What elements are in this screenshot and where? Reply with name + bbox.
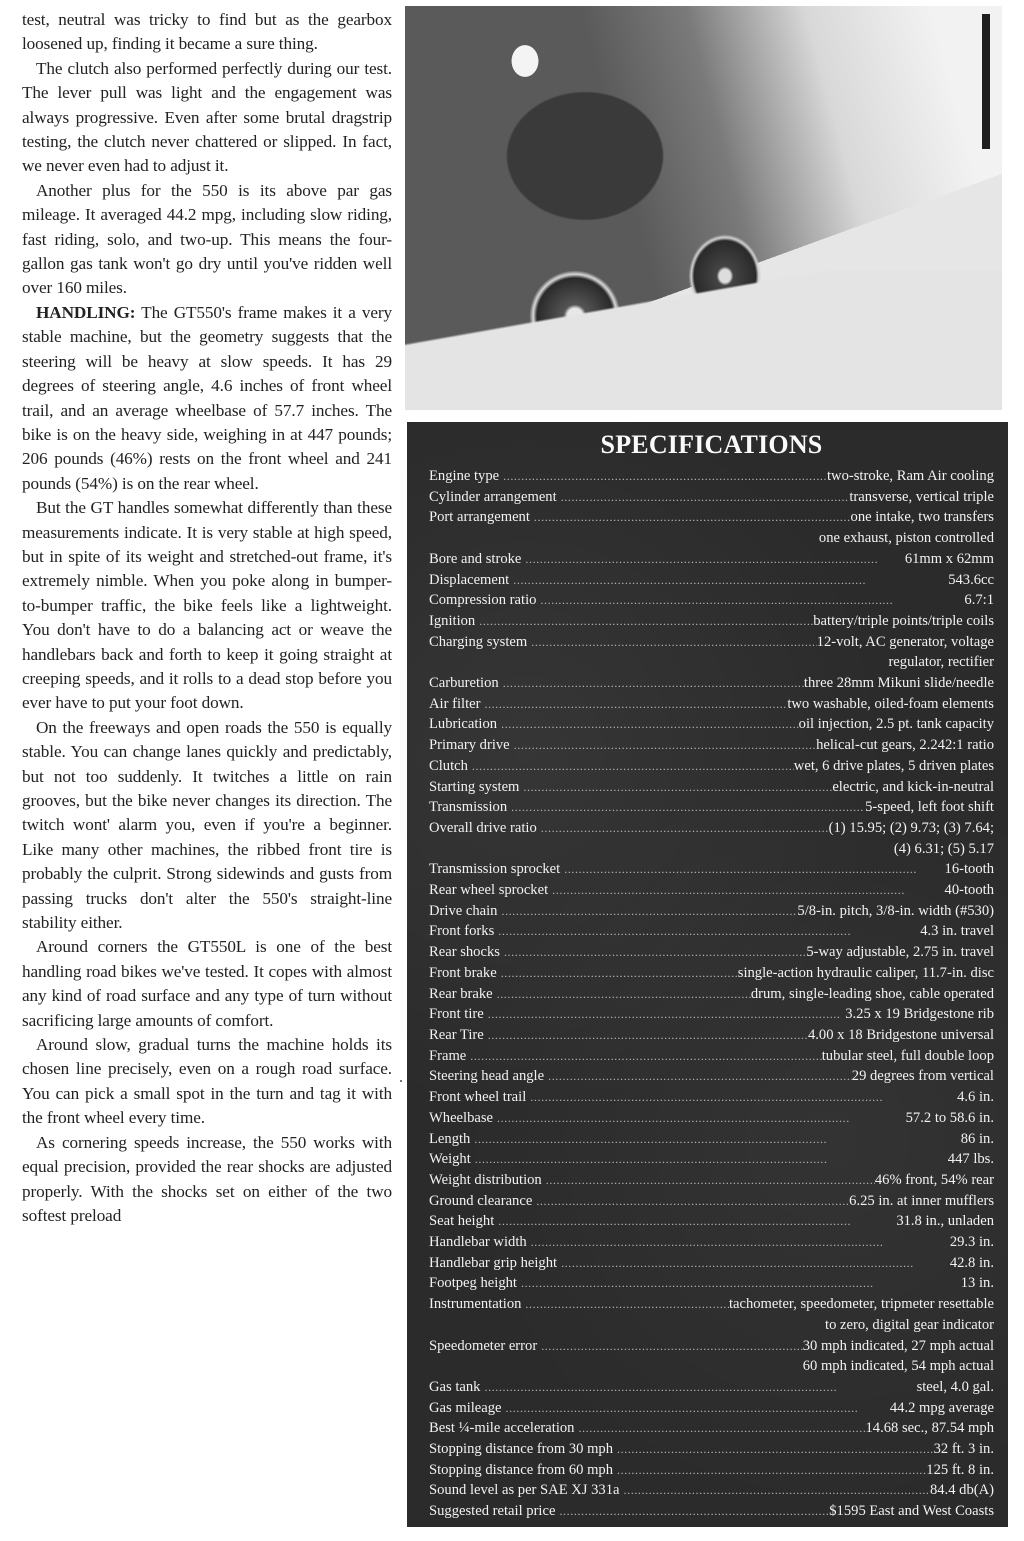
spec-value: steel, 4.0 gal. <box>917 1377 994 1398</box>
spec-label: Wheelbase <box>429 1108 497 1129</box>
spec-row: Ignitionbattery/triple points/triple coi… <box>429 611 994 632</box>
spec-value: transverse, vertical triple <box>849 487 994 508</box>
spec-label: Overall drive ratio <box>429 818 541 839</box>
spec-value: three 28mm Mikuni slide/needle <box>804 673 994 694</box>
dot-leader <box>525 549 904 570</box>
paragraph-text: Another plus for the 550 is its above pa… <box>22 181 392 298</box>
spec-label: Drive chain <box>429 901 501 922</box>
article-paragraph: As cornering speeds increase, the 550 wo… <box>22 1131 392 1229</box>
spec-value: 30 mph indicated, 27 mph actual <box>803 1336 994 1357</box>
dot-leader <box>479 611 813 632</box>
spec-row: Stopping distance from 30 mph32 ft. 3 in… <box>429 1439 994 1460</box>
spec-value: 61mm x 62mm <box>905 549 994 570</box>
spec-row: Air filtertwo washable, oiled-foam eleme… <box>429 694 994 715</box>
spec-label: Engine type <box>429 466 503 487</box>
dot-leader <box>513 570 948 591</box>
spec-label: Transmission <box>429 797 511 818</box>
spec-value: 12-volt, AC generator, voltage <box>817 632 994 653</box>
spec-value: 3.25 x 19 Bridgestone rib <box>845 1004 994 1025</box>
spec-label: Weight <box>429 1149 475 1170</box>
spec-value: 543.6cc <box>948 570 994 591</box>
dot-leader <box>475 1149 948 1170</box>
paragraph-text: The clutch also performed perfectly duri… <box>22 59 392 176</box>
dot-leader <box>488 1025 808 1046</box>
spec-value: 40-tooth <box>945 880 994 901</box>
spec-row: Overall drive ratio(1) 15.95; (2) 9.73; … <box>429 818 994 839</box>
spec-value: $1595 East and West Coasts <box>829 1501 994 1522</box>
dot-leader <box>534 507 851 528</box>
dot-leader <box>530 1087 957 1108</box>
spec-value: tachometer, speedometer, tripmeter reset… <box>729 1294 994 1315</box>
spec-value: 6.25 in. at inner mufflers <box>849 1191 994 1212</box>
dot-leader <box>488 1004 846 1025</box>
spec-row: Rear Tire4.00 x 18 Bridgestone universal <box>429 1025 994 1046</box>
spec-row: Compression ratio6.7:1 <box>429 590 994 611</box>
paragraph-text: But the GT handles somewhat differently … <box>22 498 392 712</box>
spec-label: Handlebar width <box>429 1232 531 1253</box>
spec-label: Rear shocks <box>429 942 504 963</box>
dot-leader <box>511 797 865 818</box>
spec-label: Length <box>429 1129 474 1150</box>
spec-label: Suggested retail price <box>429 1501 559 1522</box>
spec-label: Seat height <box>429 1211 498 1232</box>
paragraph-text: On the freeways and open roads the 550 i… <box>22 718 392 932</box>
spec-label: Front tire <box>429 1004 488 1025</box>
dot-leader <box>497 1108 906 1129</box>
spec-value: 84.4 db(A) <box>930 1480 994 1501</box>
dot-leader <box>536 1191 849 1212</box>
spec-row: Instrumentationtachometer, speedometer, … <box>429 1294 994 1315</box>
spec-row: Engine typetwo-stroke, Ram Air cooling <box>429 466 994 487</box>
dot-leader <box>498 1211 896 1232</box>
dot-leader <box>523 777 832 798</box>
specifications-box: SPECIFICATIONS Engine typetwo-stroke, Ra… <box>407 422 1008 1527</box>
spec-label: Frame <box>429 1046 470 1067</box>
print-speck <box>400 1080 402 1082</box>
spec-value: 32 ft. 3 in. <box>934 1439 994 1460</box>
spec-value: 5/8-in. pitch, 3/8-in. width (#530) <box>797 901 994 922</box>
spec-value: 44.2 mpg average <box>890 1398 994 1419</box>
spec-value-continuation: one exhaust, piston controlled <box>429 528 994 549</box>
spec-row: Cylinder arrangementtransverse, vertical… <box>429 487 994 508</box>
spec-value: single-action hydraulic caliper, 11.7-in… <box>738 963 994 984</box>
dot-leader <box>552 880 944 901</box>
spec-label: Handlebar grip height <box>429 1253 561 1274</box>
spec-value: 57.2 to 58.6 in. <box>906 1108 994 1129</box>
spec-row: Transmission sprocket16-tooth <box>429 859 994 880</box>
spec-label: Front brake <box>429 963 501 984</box>
spec-row: Front brakesingle-action hydraulic calip… <box>429 963 994 984</box>
spec-row: Best ¼-mile acceleration14.68 sec., 87.5… <box>429 1418 994 1439</box>
spec-value: 4.3 in. travel <box>920 921 994 942</box>
spec-row: Gas mileage44.2 mpg average <box>429 1398 994 1419</box>
spec-value: 31.8 in., unladen <box>896 1211 994 1232</box>
spec-value: 46% front, 54% rear <box>875 1170 994 1191</box>
spec-label: Best ¼-mile acceleration <box>429 1418 578 1439</box>
spec-value: 5-way adjustable, 2.75 in. travel <box>806 942 994 963</box>
article-paragraph: On the freeways and open roads the 550 i… <box>22 716 392 936</box>
spec-label: Starting system <box>429 777 523 798</box>
spec-value: oil injection, 2.5 pt. tank capacity <box>799 714 994 735</box>
spec-label: Carburetion <box>429 673 503 694</box>
spec-row: Handlebar grip height42.8 in. <box>429 1253 994 1274</box>
article-paragraph: Another plus for the 550 is its above pa… <box>22 179 392 301</box>
spec-label: Stopping distance from 30 mph <box>429 1439 617 1460</box>
spec-value: (1) 15.95; (2) 9.73; (3) 7.64; <box>829 818 994 839</box>
spec-label: Compression ratio <box>429 590 540 611</box>
dot-leader <box>484 694 787 715</box>
paragraph-text: Around corners the GT550L is one of the … <box>22 937 392 1029</box>
article-paragraph: Around slow, gradual turns the machine h… <box>22 1033 392 1131</box>
spec-row: Seat height31.8 in., unladen <box>429 1211 994 1232</box>
spec-value: 6.7:1 <box>964 590 994 611</box>
spec-row: Stopping distance from 60 mph125 ft. 8 i… <box>429 1460 994 1481</box>
dot-leader <box>514 735 816 756</box>
article-paragraph: test, neutral was tricky to find but as … <box>22 8 392 57</box>
spec-value: battery/triple points/triple coils <box>813 611 994 632</box>
spec-label: Stopping distance from 60 mph <box>429 1460 617 1481</box>
spec-row: Displacement543.6cc <box>429 570 994 591</box>
spec-value: helical-cut gears, 2.242:1 ratio <box>816 735 994 756</box>
spec-row: Speedometer error30 mph indicated, 27 mp… <box>429 1336 994 1357</box>
section-runin-heading: HANDLING: <box>36 303 135 322</box>
dot-leader <box>561 1253 950 1274</box>
spec-value: 4.6 in. <box>957 1087 994 1108</box>
spec-label: Weight distribution <box>429 1170 546 1191</box>
dot-leader <box>540 590 964 611</box>
spec-label: Transmission sprocket <box>429 859 564 880</box>
spec-value: 29.3 in. <box>950 1232 994 1253</box>
dot-leader <box>525 1294 729 1315</box>
spec-value: 86 in. <box>961 1129 994 1150</box>
dot-leader <box>484 1377 916 1398</box>
spec-value: electric, and kick-in-neutral <box>832 777 994 798</box>
spec-label: Primary drive <box>429 735 514 756</box>
spec-row: Front forks4.3 in. travel <box>429 921 994 942</box>
spec-row: Starting systemelectric, and kick-in-neu… <box>429 777 994 798</box>
spec-row: Steering head angle29 degrees from verti… <box>429 1066 994 1087</box>
dot-leader <box>501 901 797 922</box>
spec-label: Front forks <box>429 921 498 942</box>
spec-label: Sound level as per SAE XJ 331a <box>429 1480 624 1501</box>
spec-value: wet, 6 drive plates, 5 driven plates <box>794 756 994 777</box>
spec-row: Clutchwet, 6 drive plates, 5 driven plat… <box>429 756 994 777</box>
print-speck <box>275 63 277 65</box>
specifications-title: SPECIFICATIONS <box>429 428 994 462</box>
dot-leader <box>559 1501 829 1522</box>
dot-leader <box>504 942 806 963</box>
spec-value-continuation: 60 mph indicated, 54 mph actual <box>429 1356 994 1377</box>
spec-value-continuation: regulator, rectifier <box>429 652 994 673</box>
dot-leader <box>498 921 920 942</box>
spec-row: Drive chain5/8-in. pitch, 3/8-in. width … <box>429 901 994 922</box>
spec-value: two-stroke, Ram Air cooling <box>827 466 994 487</box>
article-paragraph: But the GT handles somewhat differently … <box>22 496 392 716</box>
spec-label: Charging system <box>429 632 531 653</box>
spec-label: Lubrication <box>429 714 501 735</box>
spec-value: 16-tooth <box>945 859 994 880</box>
spec-label: Steering head angle <box>429 1066 548 1087</box>
photo-edge-mark <box>982 14 990 149</box>
spec-value-continuation: to zero, digital gear indicator <box>429 1315 994 1336</box>
spec-label: Rear wheel sprocket <box>429 880 552 901</box>
spec-row: Carburetionthree 28mm Mikuni slide/needl… <box>429 673 994 694</box>
dot-leader <box>497 984 751 1005</box>
spec-row: Wheelbase57.2 to 58.6 in. <box>429 1108 994 1129</box>
dot-leader <box>506 1398 890 1419</box>
dot-leader <box>578 1418 865 1439</box>
spec-label: Gas tank <box>429 1377 484 1398</box>
dot-leader <box>617 1460 926 1481</box>
paragraph-text: As cornering speeds increase, the 550 wo… <box>22 1133 392 1225</box>
spec-row: Rear wheel sprocket40-tooth <box>429 880 994 901</box>
spec-row: Weight447 lbs. <box>429 1149 994 1170</box>
spec-label: Bore and stroke <box>429 549 525 570</box>
spec-label: Cylinder arrangement <box>429 487 561 508</box>
spec-row: Frametubular steel, full double loop <box>429 1046 994 1067</box>
dot-leader <box>548 1066 852 1087</box>
spec-value: drum, single-leading shoe, cable operate… <box>751 984 994 1005</box>
spec-value: two washable, oiled-foam elements <box>787 694 994 715</box>
spec-row: Primary drivehelical-cut gears, 2.242:1 … <box>429 735 994 756</box>
spec-row: Lubricationoil injection, 2.5 pt. tank c… <box>429 714 994 735</box>
dot-leader <box>624 1480 930 1501</box>
spec-label: Footpeg height <box>429 1273 521 1294</box>
spec-label: Rear Tire <box>429 1025 488 1046</box>
spec-value: 5-speed, left foot shift <box>865 797 994 818</box>
spec-row: Charging system12-volt, AC generator, vo… <box>429 632 994 653</box>
spec-row: Length86 in. <box>429 1129 994 1150</box>
spec-value: 13 in. <box>961 1273 994 1294</box>
road-surface <box>405 270 1002 410</box>
spec-label: Rear brake <box>429 984 497 1005</box>
dot-leader <box>564 859 944 880</box>
spec-value: 42.8 in. <box>950 1253 994 1274</box>
dot-leader <box>617 1439 934 1460</box>
spec-label: Front wheel trail <box>429 1087 530 1108</box>
spec-row: Transmission5-speed, left foot shift <box>429 797 994 818</box>
spec-label: Port arrangement <box>429 507 534 528</box>
spec-label: Air filter <box>429 694 484 715</box>
spec-value: 447 lbs. <box>948 1149 994 1170</box>
dot-leader <box>541 818 829 839</box>
article-paragraph: Around corners the GT550L is one of the … <box>22 935 392 1033</box>
spec-value: 29 degrees from vertical <box>852 1066 994 1087</box>
article-column: test, neutral was tricky to find but as … <box>22 8 392 1228</box>
spec-row: Front tire3.25 x 19 Bridgestone rib <box>429 1004 994 1025</box>
spec-row: Ground clearance6.25 in. at inner muffle… <box>429 1191 994 1212</box>
dot-leader <box>561 487 850 508</box>
dot-leader <box>470 1046 821 1067</box>
dot-leader <box>541 1336 803 1357</box>
spec-value: 4.00 x 18 Bridgestone universal <box>808 1025 994 1046</box>
spec-label: Ground clearance <box>429 1191 536 1212</box>
dot-leader <box>503 673 804 694</box>
dot-leader <box>503 466 827 487</box>
spec-row: Bore and stroke61mm x 62mm <box>429 549 994 570</box>
dot-leader <box>531 1232 950 1253</box>
dot-leader <box>501 714 799 735</box>
motorcycle-cornering-photo <box>405 6 1002 410</box>
paragraph-text: The GT550's frame makes it a very stable… <box>22 303 392 493</box>
spec-label: Clutch <box>429 756 472 777</box>
dot-leader <box>521 1273 961 1294</box>
spec-label: Displacement <box>429 570 513 591</box>
dot-leader <box>531 632 816 653</box>
spec-label: Gas mileage <box>429 1398 506 1419</box>
spec-row: Front wheel trail4.6 in. <box>429 1087 994 1108</box>
spec-row: Sound level as per SAE XJ 331a84.4 db(A) <box>429 1480 994 1501</box>
spec-label: Ignition <box>429 611 479 632</box>
paragraph-text: test, neutral was tricky to find but as … <box>22 10 392 53</box>
spec-row: Footpeg height13 in. <box>429 1273 994 1294</box>
spec-row: Rear shocks5-way adjustable, 2.75 in. tr… <box>429 942 994 963</box>
spec-value: 125 ft. 8 in. <box>926 1460 994 1481</box>
spec-row: Suggested retail price$1595 East and Wes… <box>429 1501 994 1522</box>
article-paragraph-handling: HANDLING: The GT550's frame makes it a v… <box>22 301 392 496</box>
spec-value: tubular steel, full double loop <box>822 1046 994 1067</box>
spec-row: Rear brakedrum, single-leading shoe, cab… <box>429 984 994 1005</box>
dot-leader <box>472 756 794 777</box>
specifications-list: Engine typetwo-stroke, Ram Air coolingCy… <box>429 466 994 1522</box>
paragraph-text: Around slow, gradual turns the machine h… <box>22 1035 392 1127</box>
spec-label: Instrumentation <box>429 1294 525 1315</box>
dot-leader <box>546 1170 875 1191</box>
dot-leader <box>501 963 738 984</box>
spec-row: Port arrangementone intake, two transfer… <box>429 507 994 528</box>
spec-row: Gas tanksteel, 4.0 gal. <box>429 1377 994 1398</box>
spec-value-continuation: (4) 6.31; (5) 5.17 <box>429 839 994 860</box>
article-paragraph: The clutch also performed perfectly duri… <box>22 57 392 179</box>
spec-value: one intake, two transfers <box>851 507 994 528</box>
dot-leader <box>474 1129 960 1150</box>
spec-row: Weight distribution46% front, 54% rear <box>429 1170 994 1191</box>
spec-row: Handlebar width29.3 in. <box>429 1232 994 1253</box>
spec-label: Speedometer error <box>429 1336 541 1357</box>
spec-value: 14.68 sec., 87.54 mph <box>866 1418 995 1439</box>
